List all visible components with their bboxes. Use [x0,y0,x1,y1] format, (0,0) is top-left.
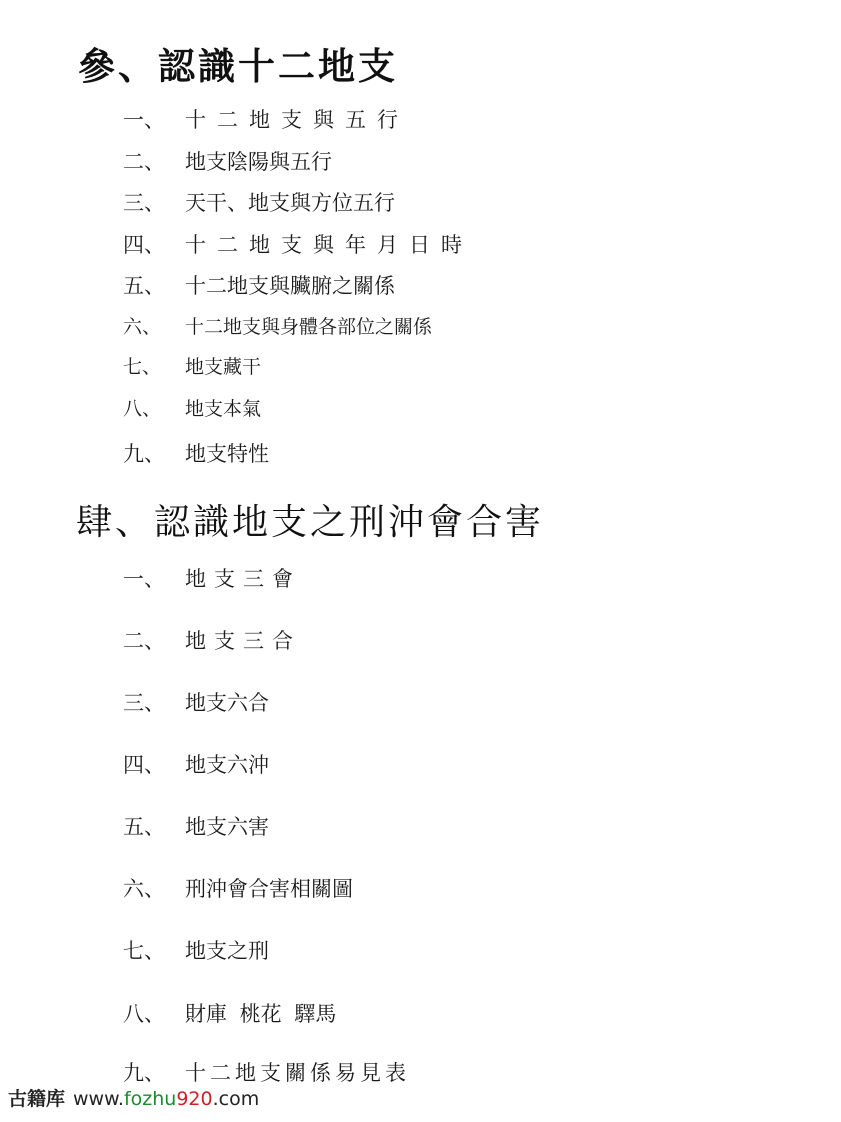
item-number: 四、 [123,749,185,779]
item-text: 刑沖會合害相關圖 [185,873,353,903]
toc-item: 六、 十二地支與身體各部位之關係 [123,312,432,339]
item-text: 財庫 桃花 驛馬 [185,998,336,1028]
toc-item: 五、 十二地支與臟腑之關係 [123,270,395,300]
item-number: 九、 [123,1057,185,1087]
item-number: 五、 [123,811,185,841]
toc-item: 四、 地支六沖 [123,749,269,779]
item-text: 地支六害 [185,811,269,841]
watermark-url-suffix: .com [213,1088,260,1110]
item-number: 二、 [123,146,185,176]
toc-item: 八、 財庫 桃花 驛馬 [123,998,336,1028]
item-number: 九、 [123,438,185,468]
toc-item: 七、 地支之刑 [123,935,269,965]
item-text: 地支三會 [185,563,301,593]
toc-item: 五、 地支六害 [123,811,269,841]
toc-item: 三、 天干、地支與方位五行 [123,187,395,217]
item-number: 五、 [123,270,185,300]
watermark-url-prefix: www. [73,1088,124,1110]
toc-item: 二、 地支三合 [123,625,301,655]
item-text: 十二地支與五行 [185,104,409,134]
item-number: 七、 [123,935,185,965]
item-number: 一、 [123,104,185,134]
item-text: 地支六合 [185,687,269,717]
item-text: 地支陰陽與五行 [185,146,332,176]
item-number: 八、 [123,394,185,421]
item-text: 地支本氣 [185,394,261,421]
item-text: 十二地支與年月日時 [185,229,473,259]
toc-item: 一、 地支三會 [123,563,301,593]
toc-item: 九、 十二地支關係易見表 [123,1057,410,1087]
item-text: 天干、地支與方位五行 [185,187,395,217]
toc-item: 四、 十二地支與年月日時 [123,229,473,259]
item-number: 六、 [123,312,185,339]
toc-item: 三、 地支六合 [123,687,269,717]
toc-item: 二、 地支陰陽與五行 [123,146,332,176]
item-number: 二、 [123,625,185,655]
watermark-name: 古籍库 [8,1088,65,1110]
toc-item: 一、 十二地支與五行 [123,104,409,134]
item-text: 地支藏干 [185,352,261,379]
item-text: 地支六沖 [185,749,269,779]
item-text: 地支之刑 [185,935,269,965]
item-text: 十二地支與身體各部位之關係 [185,312,432,339]
toc-item: 八、 地支本氣 [123,394,261,421]
item-number: 三、 [123,687,185,717]
item-number: 四、 [123,229,185,259]
item-number: 一、 [123,563,185,593]
item-number: 八、 [123,998,185,1028]
item-text: 地支三合 [185,625,301,655]
watermark-url-red: 920 [176,1088,212,1110]
toc-item: 九、 地支特性 [123,438,269,468]
toc-item: 六、 刑沖會合害相關圖 [123,873,353,903]
item-number: 七、 [123,352,185,379]
item-number: 三、 [123,187,185,217]
item-text: 地支特性 [185,438,269,468]
item-text: 十二地支關係易見表 [185,1057,410,1087]
watermark: 古籍库www.fozhu920.com [8,1084,259,1111]
item-text: 十二地支與臟腑之關係 [185,270,395,300]
toc-item: 七、 地支藏干 [123,352,261,379]
item-number: 六、 [123,873,185,903]
section-title-4: 肆、認識地支之刑沖會合害 [76,494,544,545]
watermark-url-green: fozhu [124,1088,176,1110]
section-title-3: 參、認識十二地支 [78,36,398,90]
